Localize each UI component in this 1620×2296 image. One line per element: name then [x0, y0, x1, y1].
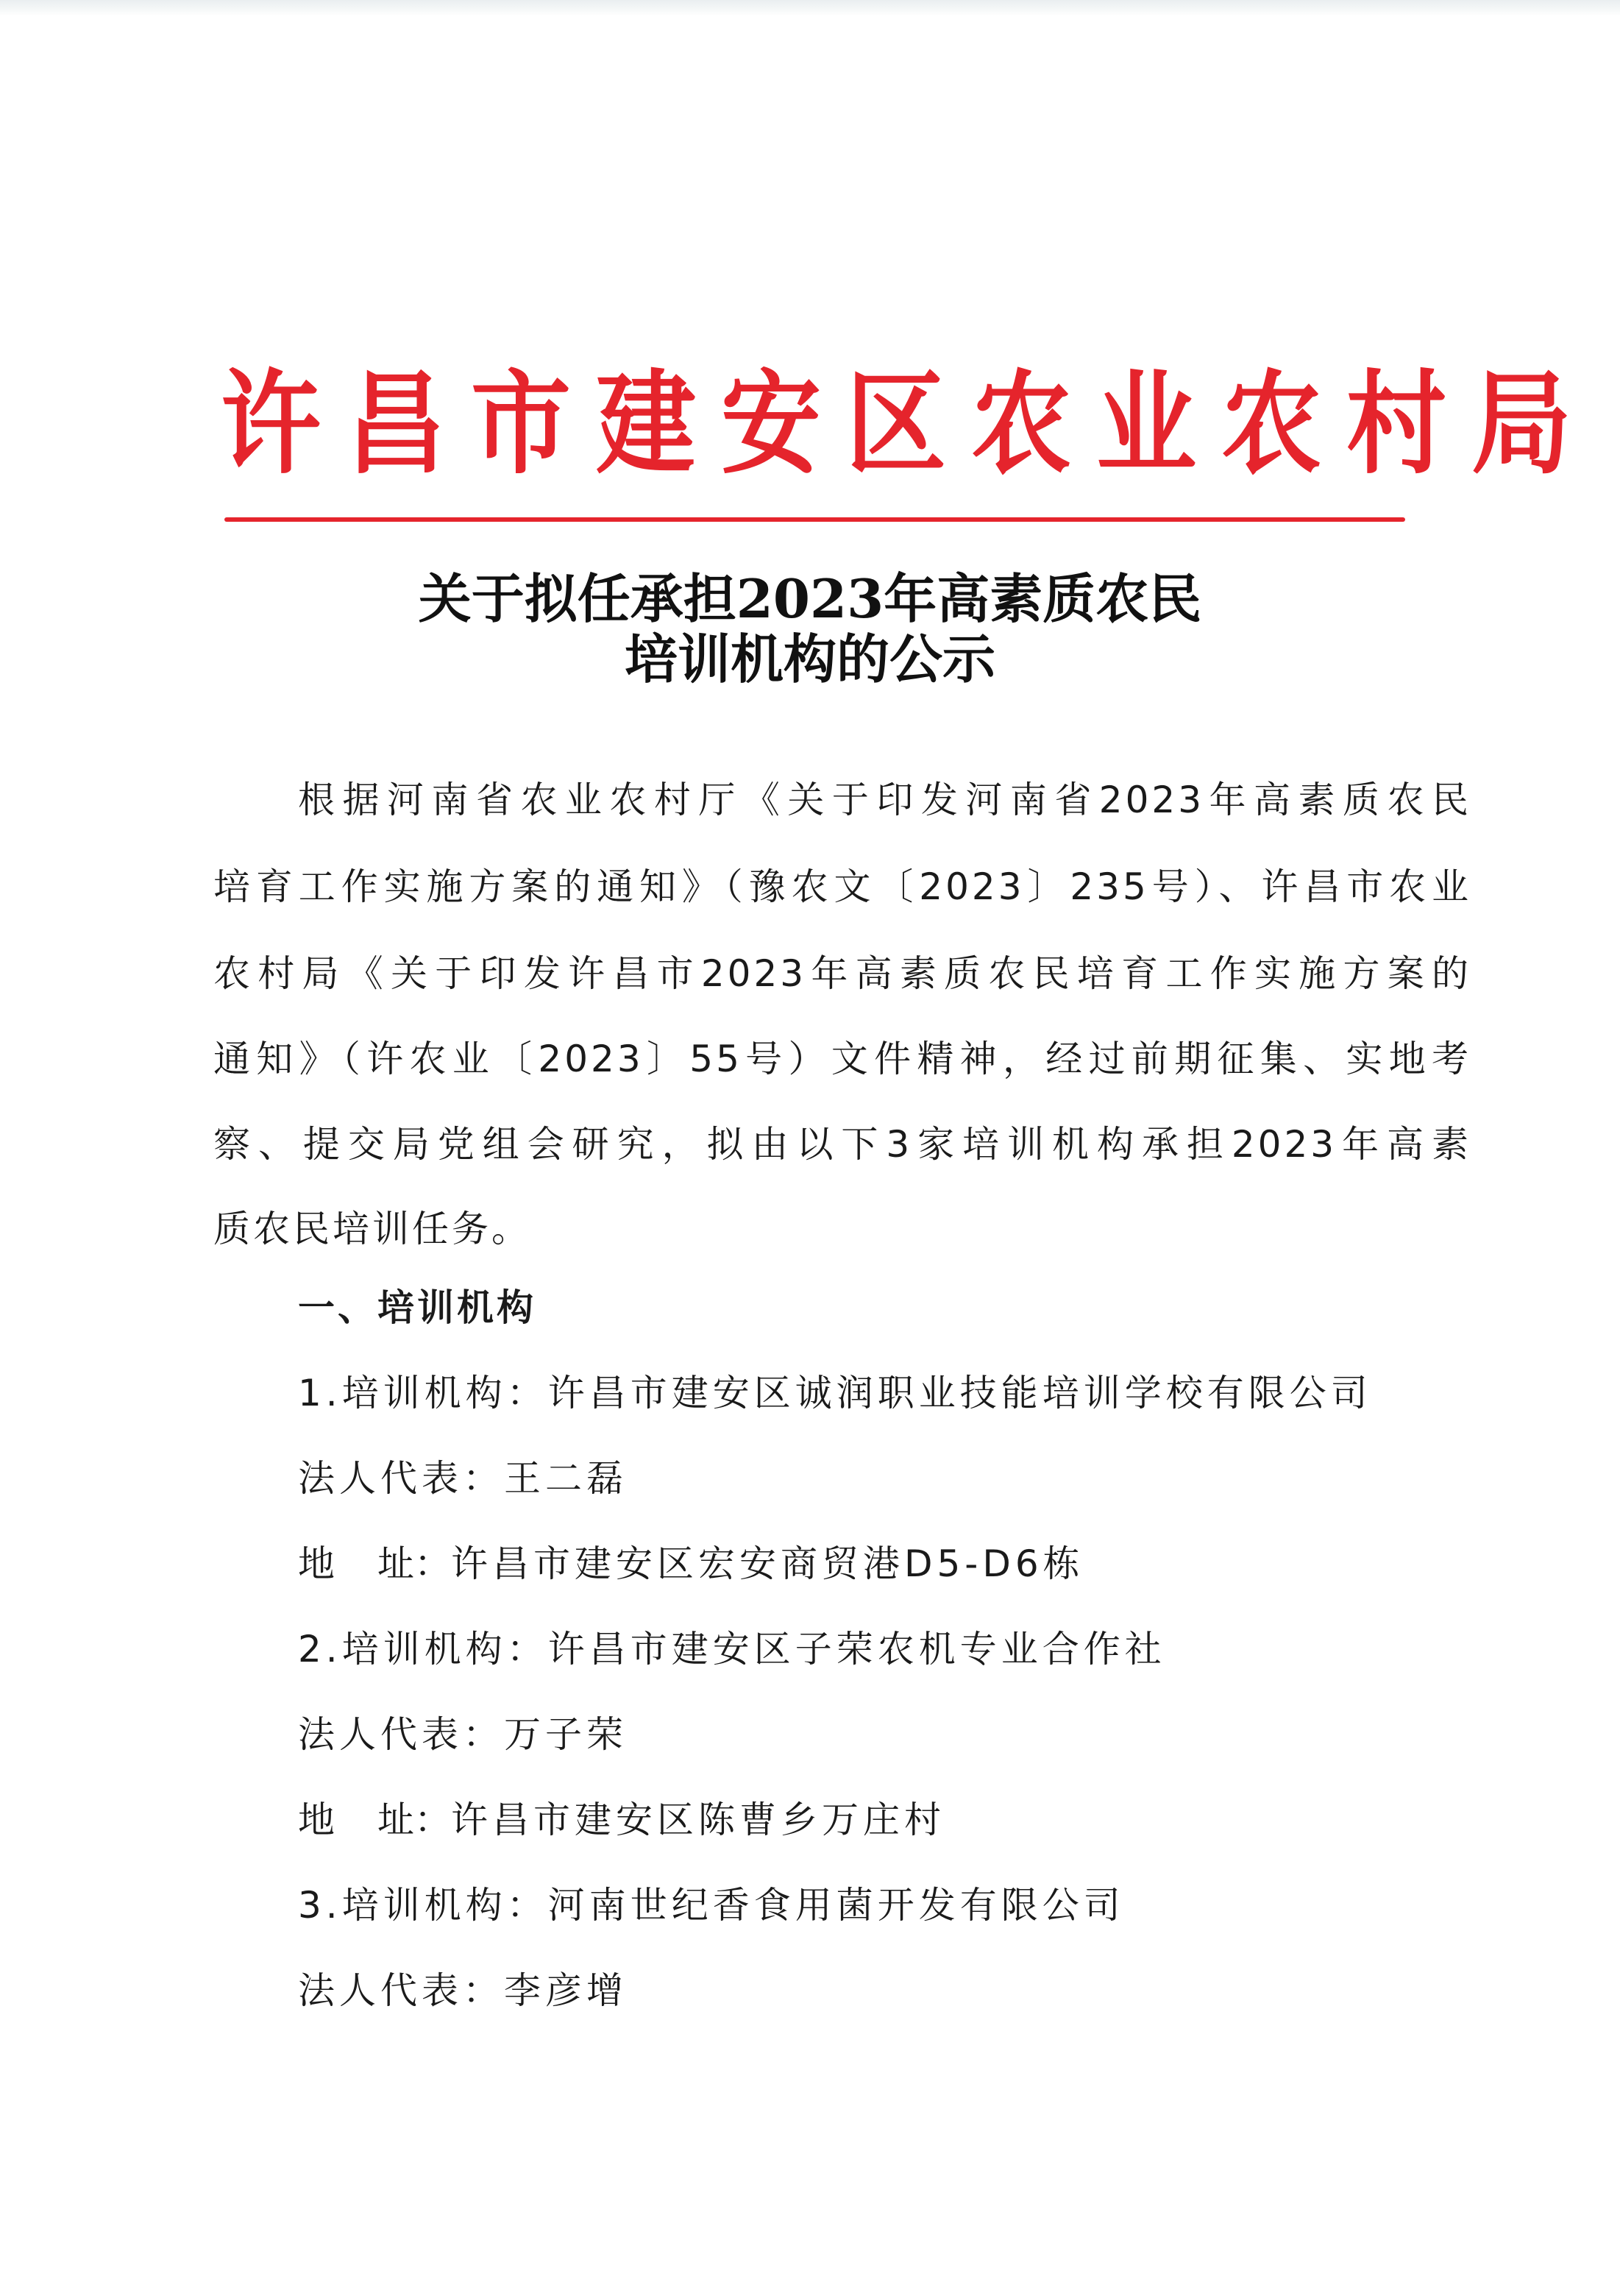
legal-rep-label: 法人代表：	[298, 1713, 504, 1756]
body-line: 农村局《关于印发许昌市2023年高素质农民培育工作实施方案的	[213, 955, 1471, 992]
masthead-red-rule	[224, 517, 1405, 522]
institution-2-rep-line: 法人代表：万子荣	[298, 1716, 628, 1753]
address-label: 地址：	[298, 1799, 451, 1841]
address-label: 地址：	[298, 1542, 451, 1585]
body-line: 通知》（许农业〔2023〕55号）文件精神，经过前期征集、实地考	[213, 1041, 1471, 1077]
body-line: 察、提交局党组会研究，拟由以下3家培训机构承担2023年高素	[213, 1126, 1471, 1163]
section-heading: 一、培训机构	[298, 1289, 536, 1326]
document-title-line-1: 关于拟任承担2023年高素质农民	[0, 573, 1620, 626]
institution-name: 许昌市建安区子荣农机专业合作社	[548, 1628, 1166, 1670]
body-line: 根据河南省农业农村厅《关于印发河南省2023年高素质农民	[298, 782, 1471, 818]
institution-1-name-line: 1.培训机构：许昌市建安区诚润职业技能培训学校有限公司	[298, 1375, 1372, 1411]
legal-rep-name: 万子荣	[504, 1713, 628, 1756]
scan-top-edge	[0, 0, 1620, 16]
institution-index: 1.	[298, 1372, 342, 1414]
body-line: 质农民培训任务。	[213, 1211, 1471, 1247]
institution-name: 许昌市建安区诚润职业技能培训学校有限公司	[548, 1372, 1372, 1414]
institution-3-name-line: 3.培训机构：河南世纪香食用菌开发有限公司	[298, 1887, 1125, 1924]
institution-3-rep-line: 法人代表：李彦增	[298, 1972, 628, 2009]
institution-index: 2.	[298, 1628, 342, 1670]
institution-label: 培训机构：	[342, 1628, 548, 1670]
institution-index: 3.	[298, 1884, 342, 1927]
institution-2-address-line: 地址：许昌市建安区陈曹乡万庄村	[298, 1801, 945, 1838]
institution-2-name-line: 2.培训机构：许昌市建安区子荣农机专业合作社	[298, 1631, 1166, 1668]
institution-label: 培训机构：	[342, 1884, 548, 1927]
address-value: 许昌市建安区宏安商贸港D5-D6栋	[451, 1542, 1084, 1585]
body-line: 培育工作实施方案的通知》（豫农文〔2023〕235号）、许昌市农业	[213, 868, 1471, 905]
legal-rep-label: 法人代表：	[298, 1969, 504, 2012]
address-value: 许昌市建安区陈曹乡万庄村	[451, 1799, 945, 1841]
legal-rep-name: 李彦增	[504, 1969, 628, 2012]
institution-1-rep-line: 法人代表：王二磊	[298, 1460, 628, 1497]
institution-1-address-line: 地址：许昌市建安区宏安商贸港D5-D6栋	[298, 1545, 1084, 1582]
masthead-org-name: 许昌市建安区农业农村局	[221, 368, 1413, 480]
legal-rep-label: 法人代表：	[298, 1457, 504, 1500]
legal-rep-name: 王二磊	[504, 1457, 628, 1500]
document-title-line-2: 培训机构的公示	[0, 633, 1620, 686]
institution-label: 培训机构：	[342, 1372, 548, 1414]
institution-name: 河南世纪香食用菌开发有限公司	[548, 1884, 1125, 1927]
